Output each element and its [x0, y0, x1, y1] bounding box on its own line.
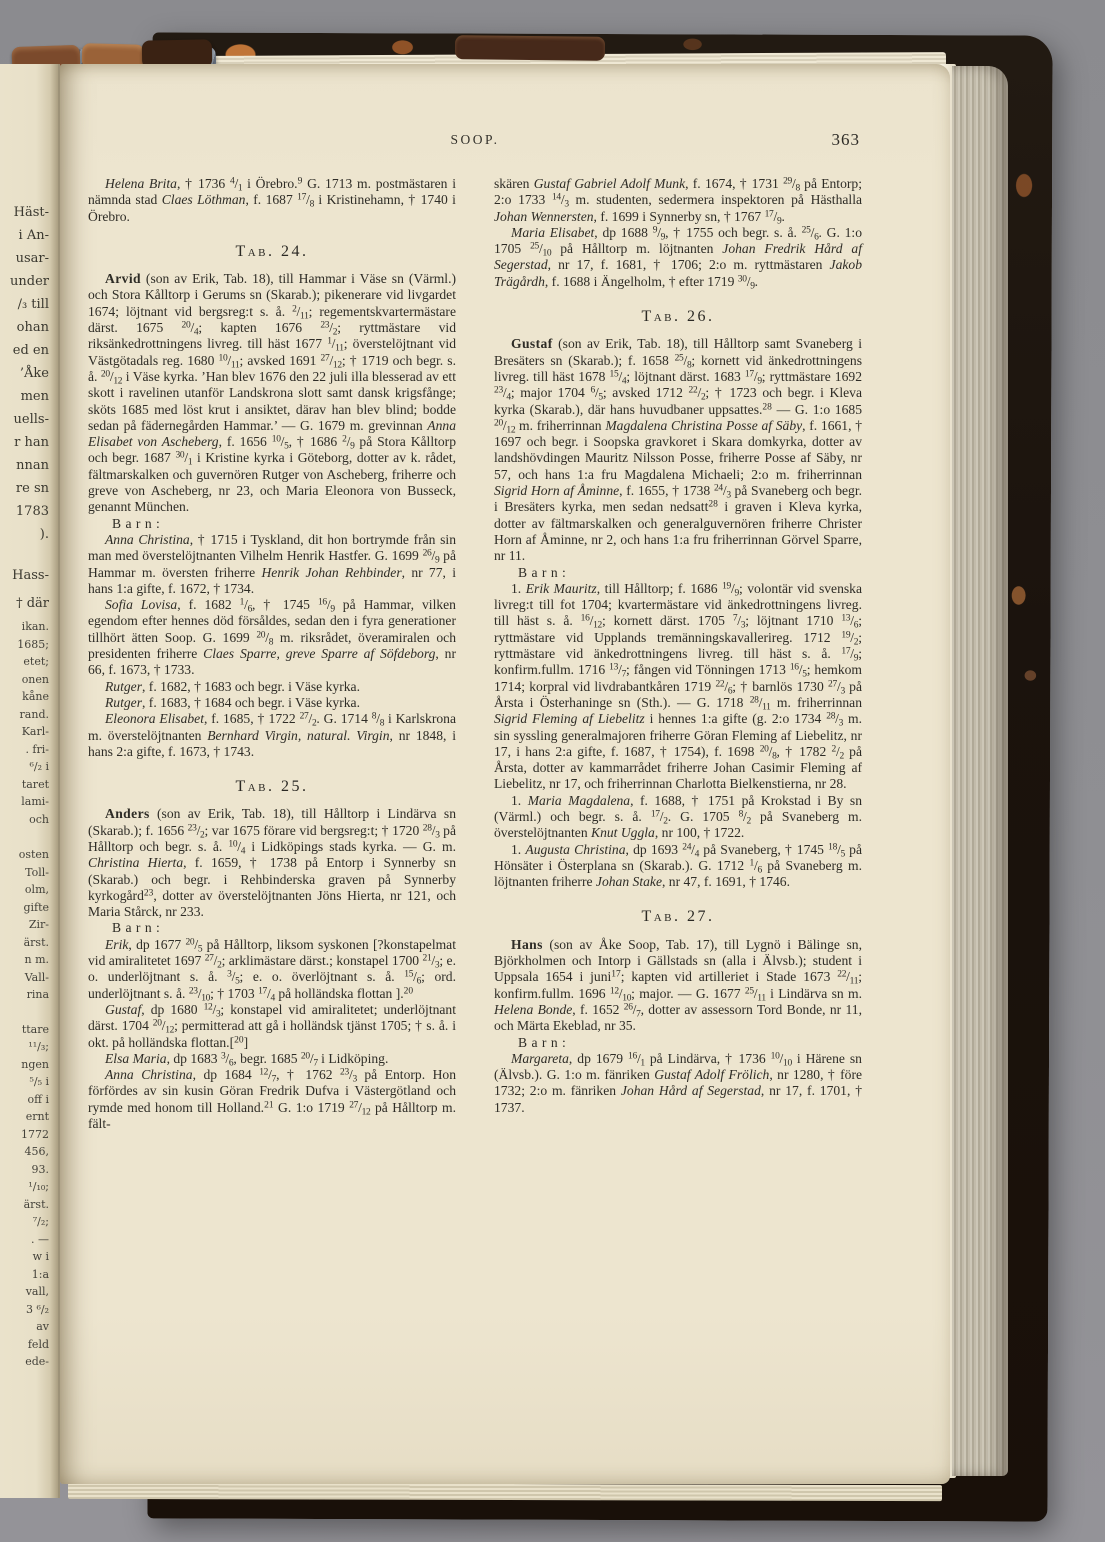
- paragraph: Sofia Lovisa, f. 1682 1/6, † 1745 16/9 p…: [88, 597, 456, 678]
- paragraph: Elsa Maria, dp 1683 3/6, begr. 1685 20/7…: [88, 1051, 456, 1067]
- paragraph: Hans (son av Åke Soop, Tab. 17), till Ly…: [494, 937, 862, 1035]
- children-label: B a r n :: [88, 920, 456, 936]
- paragraph: Gustaf (son av Erik, Tab. 18), till Håll…: [494, 336, 862, 564]
- paragraph: Rutger, f. 1682, † 1683 och begr. i Väse…: [88, 679, 456, 695]
- children-label: B a r n :: [494, 565, 862, 581]
- section-heading: Tab. 25.: [88, 779, 456, 795]
- section-heading: Tab. 27.: [494, 909, 862, 925]
- page-content: SOOP. 363 Helena Brita, † 1736 4/1 i Öre…: [0, 0, 1105, 1542]
- paragraph: Anna Christina, † 1715 i Tyskland, dit h…: [88, 532, 456, 597]
- paragraph: 1. Erik Mauritz, till Hålltorp; f. 1686 …: [494, 581, 862, 793]
- paragraph: Helena Brita, † 1736 4/1 i Örebro.9 G. 1…: [88, 176, 456, 225]
- paragraph: 1. Augusta Christina, dp 1693 24/4 på Sv…: [494, 842, 862, 891]
- children-label: B a r n :: [88, 516, 456, 532]
- section-heading: Tab. 24.: [88, 244, 456, 260]
- text-column-left: Helena Brita, † 1736 4/1 i Örebro.9 G. 1…: [88, 176, 456, 1132]
- paragraph: Rutger, f. 1683, † 1684 och begr. i Väse…: [88, 695, 456, 711]
- section-heading: Tab. 26.: [494, 309, 862, 325]
- paragraph: 1. Maria Magdalena, f. 1688, † 1751 på K…: [494, 793, 862, 842]
- paragraph: Eleonora Elisabet, f. 1685, † 1722 27/2.…: [88, 711, 456, 760]
- paragraph: Erik, dp 1677 20/5 på Hålltorp, liksom s…: [88, 937, 456, 1002]
- paragraph: Gustaf, dp 1680 12/3; konstapel vid amir…: [88, 1002, 456, 1051]
- children-label: B a r n :: [494, 1035, 862, 1051]
- paragraph: Arvid (son av Erik, Tab. 18), till Hamma…: [88, 271, 456, 515]
- paragraph: Margareta, dp 1679 16/1 på Lindärva, † 1…: [494, 1051, 862, 1116]
- paragraph: Maria Elisabet, dp 1688 9/9, † 1755 och …: [494, 225, 862, 290]
- paragraph: Anders (son av Erik, Tab. 18), till Håll…: [88, 806, 456, 920]
- running-header: SOOP. 363: [88, 132, 862, 158]
- page-number: 363: [832, 130, 861, 150]
- running-title: SOOP.: [88, 132, 862, 148]
- text-column-right: skären Gustaf Gabriel Adolf Munk, f. 167…: [494, 176, 862, 1116]
- paragraph: skären Gustaf Gabriel Adolf Munk, f. 167…: [494, 176, 862, 225]
- paragraph: Anna Christina, dp 1684 12/7, † 1762 23/…: [88, 1067, 456, 1132]
